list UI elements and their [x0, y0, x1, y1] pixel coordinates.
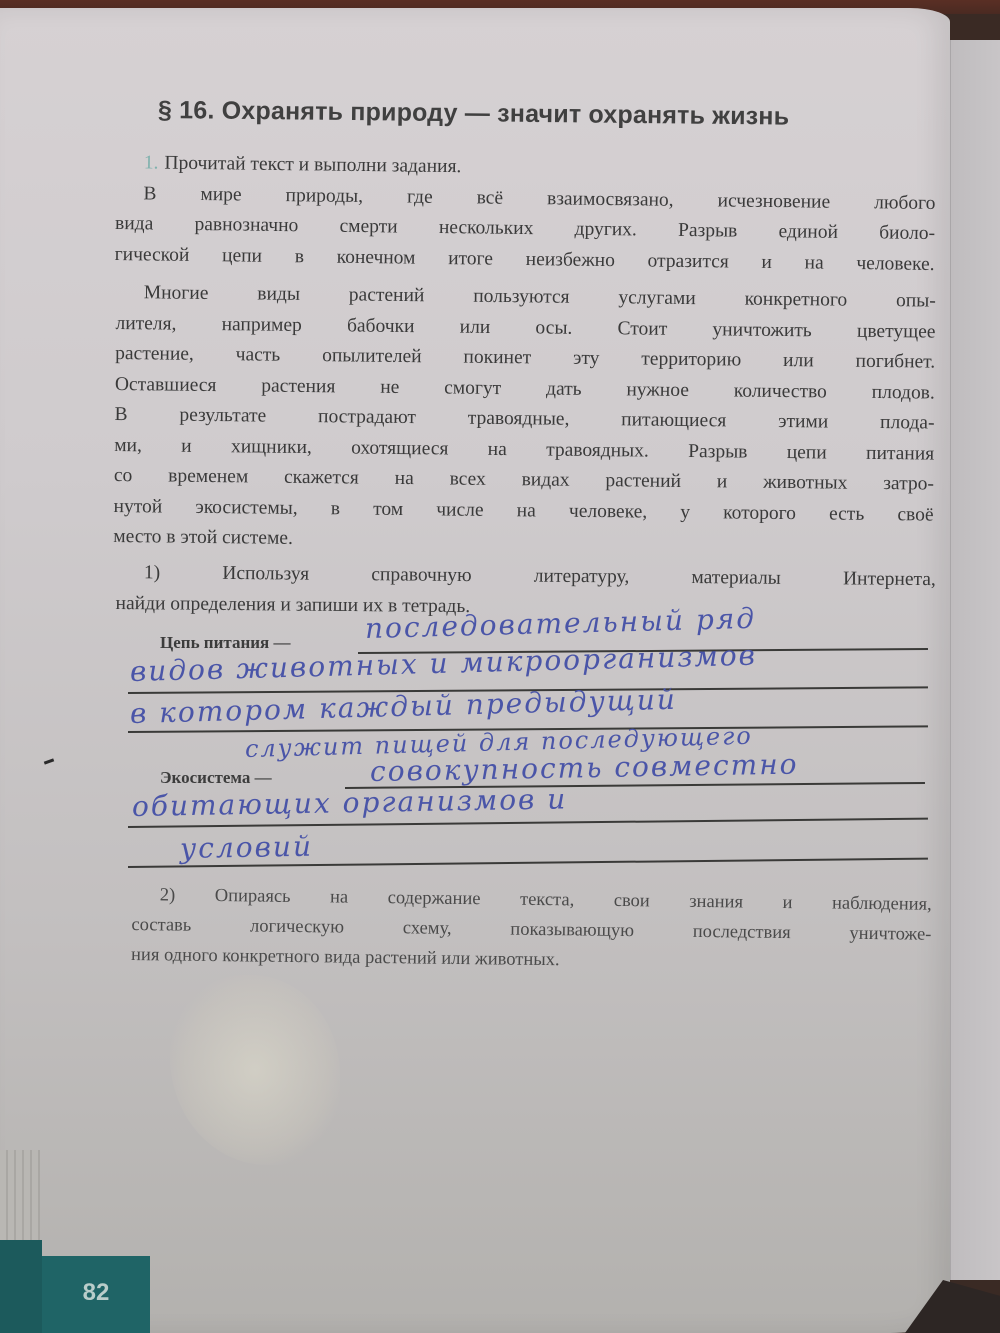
paragraph2: Многие виды растений пользуются услугами…	[113, 278, 936, 561]
subtask2-text: 2) Опираясь на содержание текста, свои з…	[131, 880, 932, 980]
task1-block: 1.Прочитай текст и выполни задания. В ми…	[115, 148, 936, 280]
next-page-edge	[950, 40, 1000, 1280]
page-tab-edge	[0, 1240, 42, 1333]
field-label-food-chain: Цепь питания —	[160, 633, 291, 653]
task-number: 1.	[144, 152, 159, 173]
handwritten-answer-line: условий	[180, 830, 314, 865]
page-number: 82	[83, 1279, 110, 1307]
field-label-ecosystem: Экосистема —	[160, 768, 272, 788]
page-number-tab: 82	[42, 1256, 150, 1333]
